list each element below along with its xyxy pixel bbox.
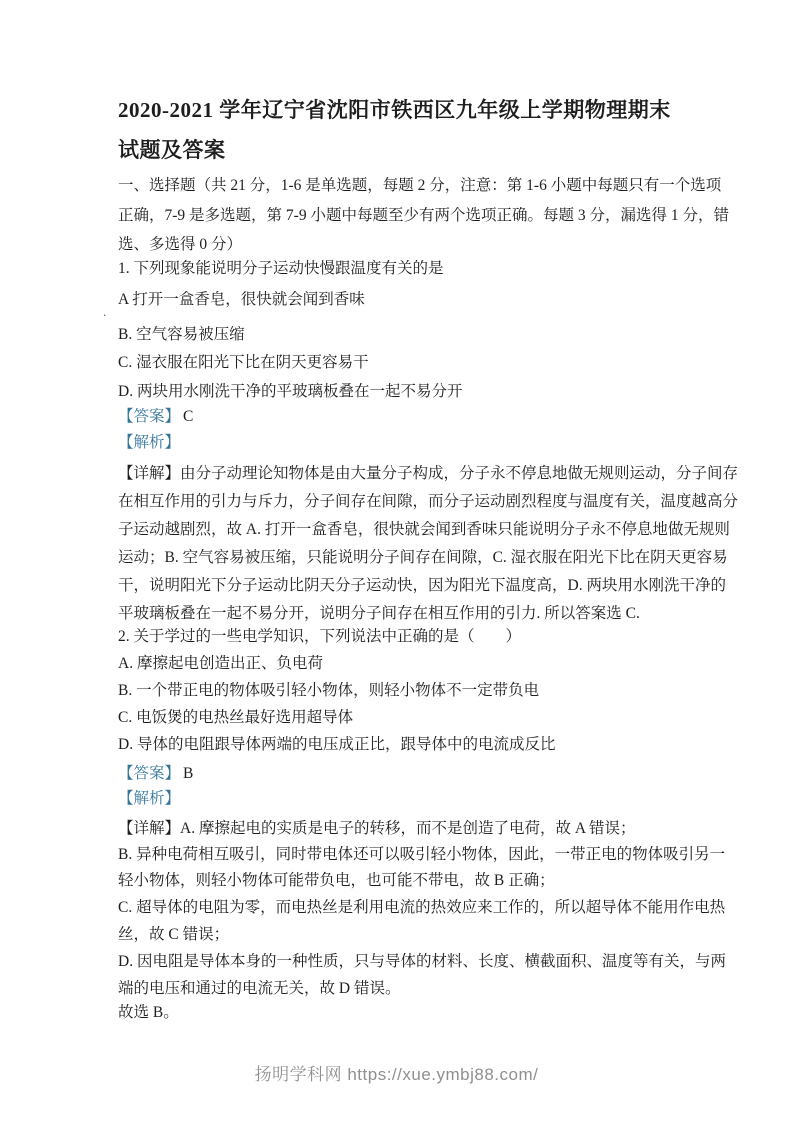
q2-detail-line-4: C. 超导体的电阻为零，而电热丝是利用电流的热效应来工作的，所以超导体不能用作电…: [118, 893, 719, 923]
q1-question: 1. 下列现象能说明分子运动快慢跟温度有关的是: [118, 254, 719, 284]
q2-option-d: D. 导体的电阻跟导体两端的电压成正比，跟导体中的电流成反比: [118, 730, 719, 760]
q2-detail-line-3: 轻小物体，则轻小物体可能带负电，也可能不带电，故 B 正确；: [118, 866, 719, 896]
doc-title-line-2: 试题及答案: [118, 135, 719, 165]
q2-option-b: B. 一个带正电的物体吸引轻小物体，则轻小物体不一定带负电: [118, 676, 719, 706]
q2-analysis-label: 【解析】: [118, 790, 180, 807]
q1-answer-label: 【答案】: [118, 408, 180, 425]
document-page: 2020-2021 学年辽宁省沈阳市铁西区九年级上学期物理期末 试题及答案 一、…: [0, 0, 793, 1122]
q2-option-c: C. 电饭煲的电热丝最好选用超导体: [118, 703, 719, 733]
q2-conclusion: 故选 B。: [118, 998, 719, 1028]
q1-detail-line-1: 【详解】由分子动理论知物体是由大量分子构成，分子永不停息地做无规则运动，分子间存: [118, 459, 719, 489]
q1-option-a: A 打开一盒香皂，很快就会闻到香味: [118, 285, 719, 315]
q1-detail-line-3: 子运动越剧烈，故 A. 打开一盒香皂，很快就会闻到香味只能说明分子永不停息地做无…: [118, 515, 719, 545]
q1-option-b: B. 空气容易被压缩: [118, 320, 719, 350]
q1-option-c: C. 湿衣服在阳光下比在阴天更容易干: [118, 348, 719, 378]
doc-title-line-1: 2020-2021 学年辽宁省沈阳市铁西区九年级上学期物理期末: [118, 95, 719, 125]
q1-analysis-label: 【解析】: [118, 434, 180, 451]
q1-detail-line-2: 在相互作用的引力与斥力，分子间存在间隙，而分子运动剧烈程度与温度有关，温度越高分: [118, 487, 719, 517]
q1-detail-line-5: 干，说明阳光下分子运动比阴天分子运动快，因为阳光下温度高，D. 两块用水刚洗干净…: [118, 571, 719, 601]
instructions-line-1: 一、选择题（共 21 分，1-6 是单选题，每题 2 分，注意：第 1-6 小题…: [118, 171, 719, 201]
q1-answer-value: C: [183, 408, 193, 425]
q2-question: 2. 关于学过的一些电学知识，下列说法中正确的是（ ）: [118, 622, 719, 652]
instructions-line-2: 正确，7-9 是多选题，第 7-9 小题中每题至少有两个选项正确。每题 3 分，…: [118, 201, 719, 231]
site-watermark: 扬明学科网 https://xue.ymbj88.com/: [0, 1062, 793, 1088]
document-content: 2020-2021 学年辽宁省沈阳市铁西区九年级上学期物理期末 试题及答案 一、…: [118, 0, 719, 1122]
scan-artifact-dot: .: [103, 304, 127, 320]
q2-detail-line-5: 丝，故 C 错误；: [118, 920, 719, 950]
q2-answer-label: 【答案】: [118, 765, 180, 782]
q2-answer-value: B: [183, 765, 193, 782]
q1-detail-line-4: 运动；B. 空气容易被压缩，只能说明分子间存在间隙，C. 湿衣服在阳光下比在阴天…: [118, 543, 719, 573]
q1-analysis-line: 【解析】: [118, 428, 719, 458]
q2-analysis-line: 【解析】: [118, 784, 719, 814]
q2-option-a: A. 摩擦起电创造出正、负电荷: [118, 649, 719, 679]
q2-detail-line-6: D. 因电阻是导体本身的一种性质，只与导体的材料、长度、横截面积、温度等有关，与…: [118, 947, 719, 977]
